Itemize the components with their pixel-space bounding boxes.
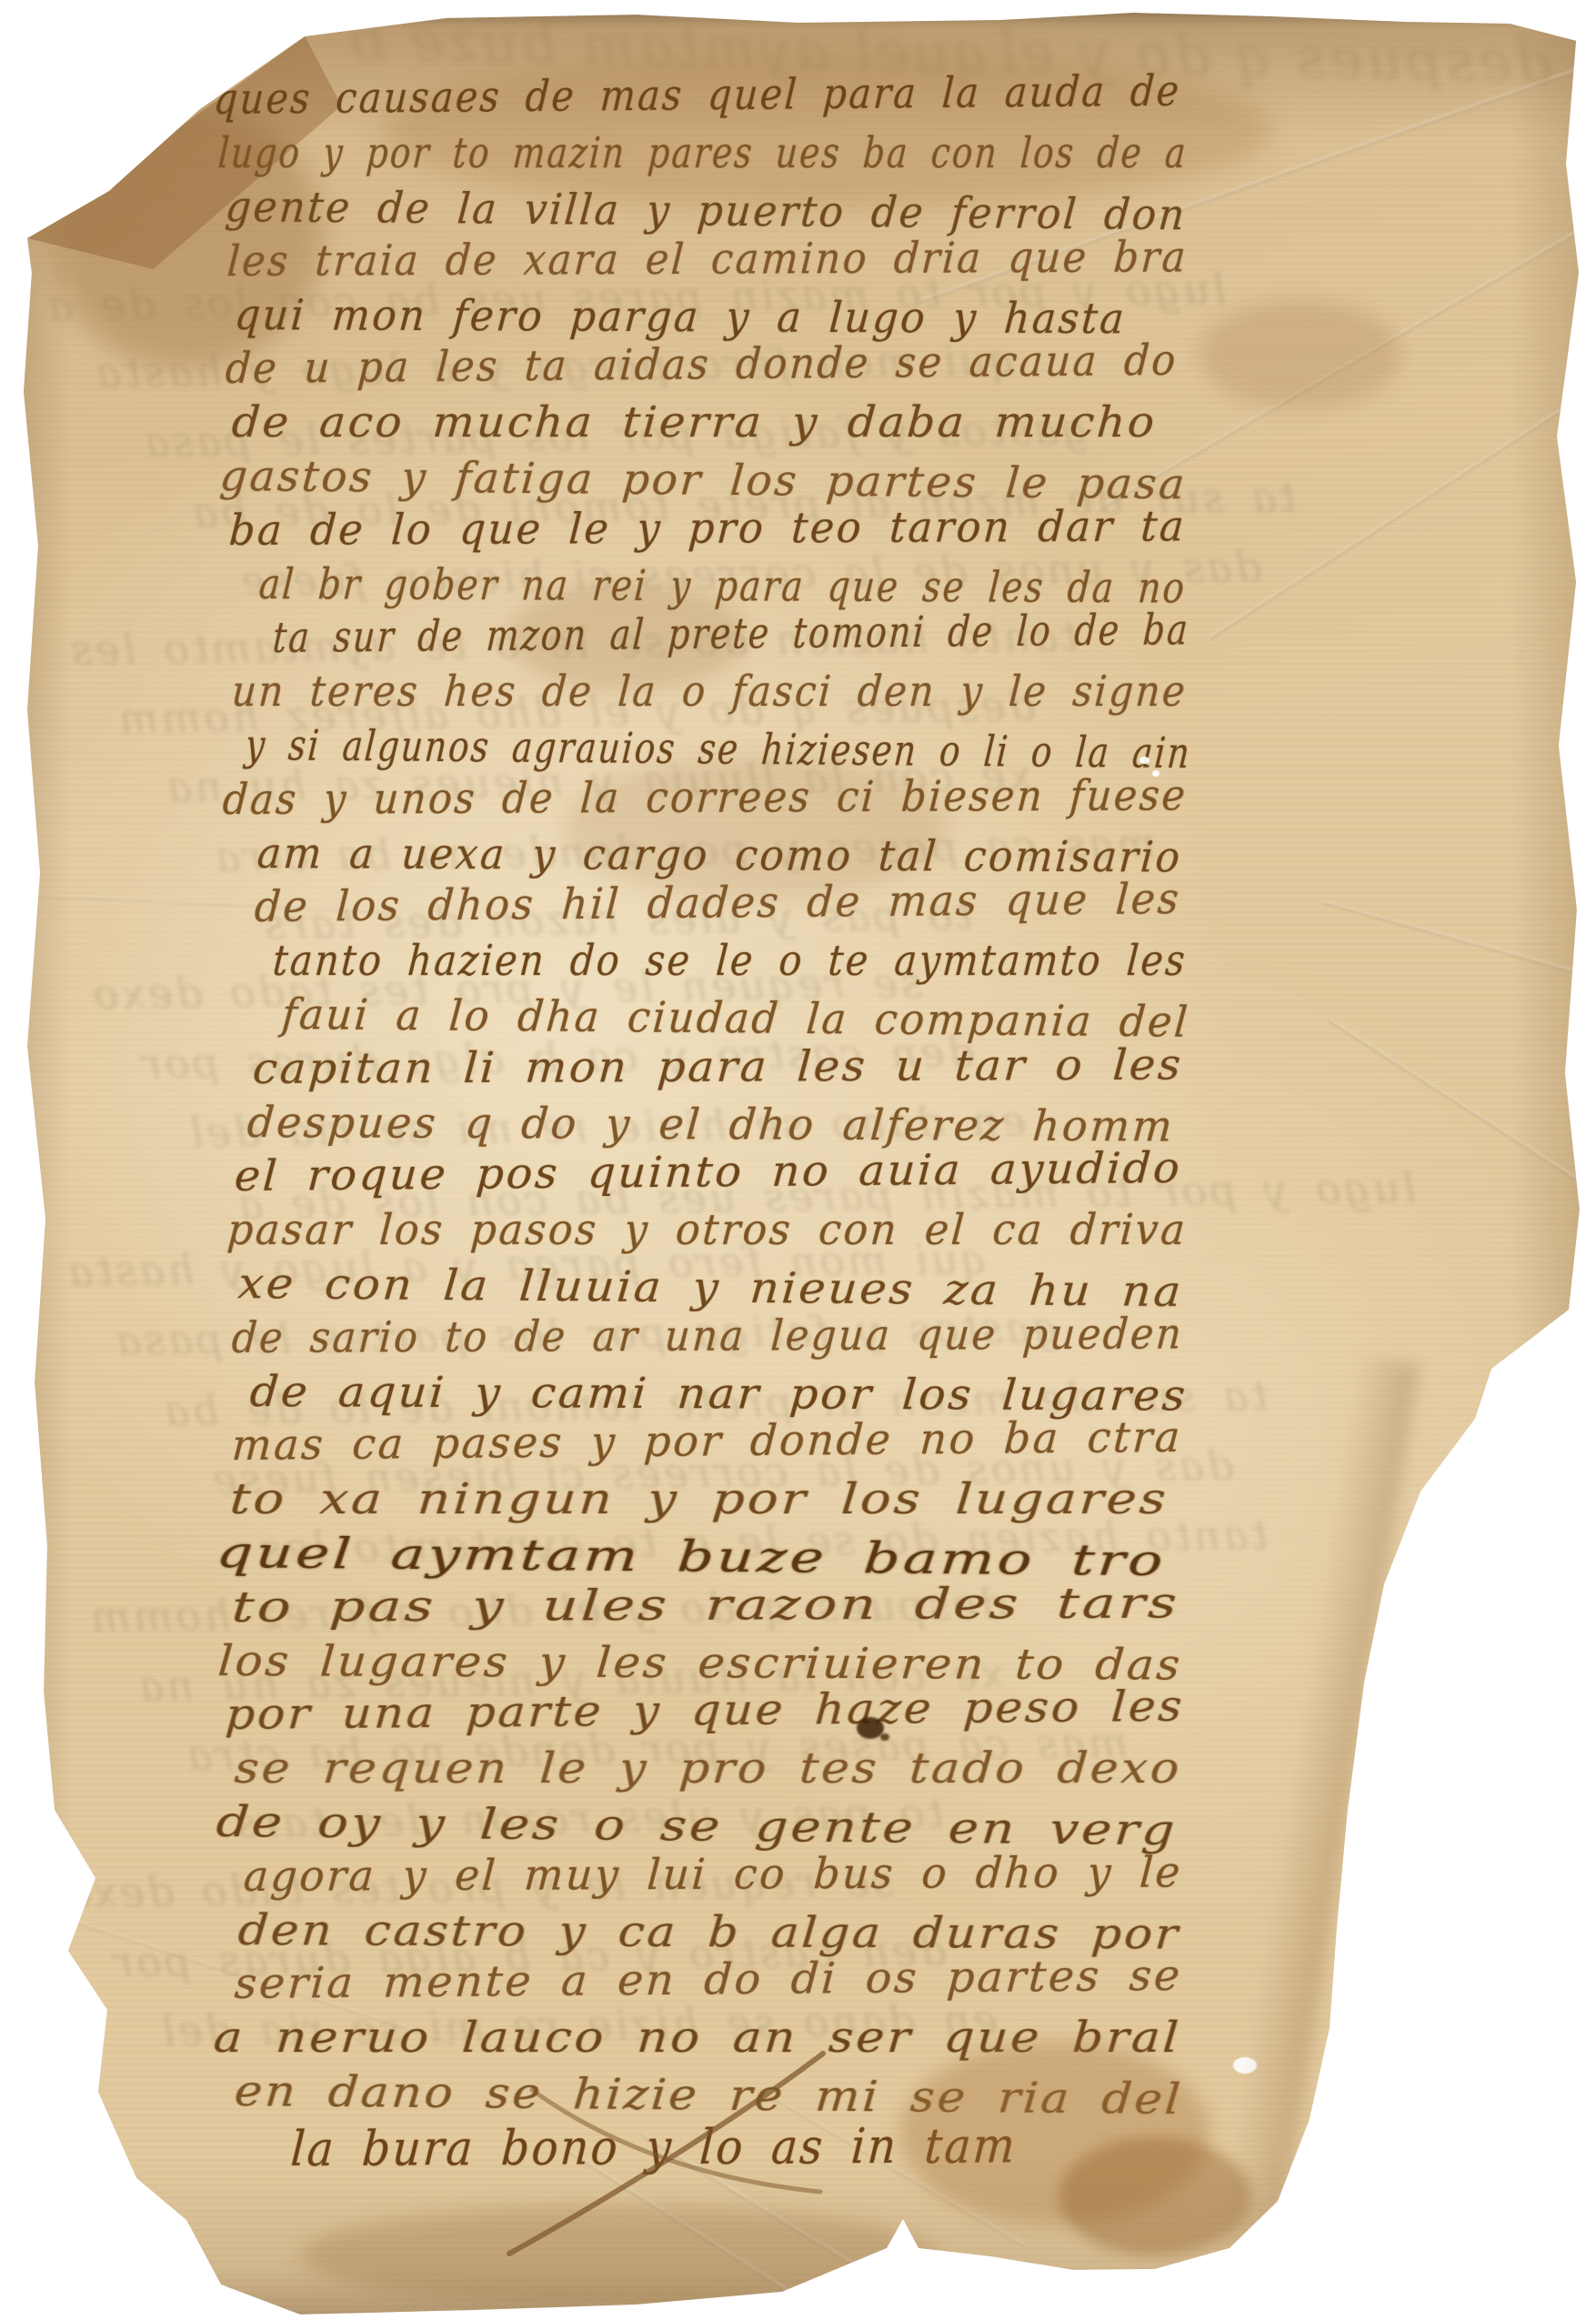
- manuscript-line: un teres hes de la o fasci den y le sign…: [230, 671, 1189, 714]
- manuscript-line: de sario to de ar una legua que pueden: [230, 1313, 1184, 1360]
- manuscript-line: das y unos de la correes ci biesen fuese: [221, 775, 1189, 821]
- manuscript-line: xe con la lluuia y nieues za hu na: [236, 1263, 1185, 1314]
- manuscript-line: pasar los pasos y otros con el ca driva: [226, 1210, 1189, 1252]
- manuscript-line: y si algunos agrauios se hiziesen o li o…: [244, 725, 1192, 776]
- manuscript-line: agora y el muy lui co bus o dho y le: [242, 1852, 1183, 1898]
- paper-fleck: [1152, 770, 1159, 777]
- manuscript-line: les traia de xara el camino dria que bra: [226, 236, 1189, 283]
- manuscript-line: despues q do y el dho alferez homm: [246, 1101, 1176, 1148]
- manuscript-page: lugo y por to mazin pares ues ba con los…: [0, 0, 1596, 2320]
- crease-line: [1329, 1019, 1585, 1185]
- manuscript-line: ques causaes de mas quel para la auda de: [213, 70, 1182, 121]
- paper-fleck: [1139, 757, 1149, 764]
- manuscript-line: de aco mucha tierra y daba mucho: [230, 402, 1158, 445]
- manuscript-line: se requen le y pro tes tado dexo: [233, 1748, 1183, 1791]
- manuscript-line: faui a lo dha ciudad la compania del: [280, 994, 1191, 1044]
- age-stain: [1200, 300, 1400, 409]
- scanned-manuscript: lugo y por to mazin pares ues ba con los…: [0, 0, 1596, 2320]
- manuscript-line: gastos y fatiga por los partes le pasa: [218, 456, 1189, 507]
- manuscript-line: los lugares y les escriuieren to das: [216, 1640, 1184, 1686]
- manuscript-line: de u pa les ta aidas donde se acaua do: [225, 340, 1179, 391]
- manuscript-line: qui mon fero parga y a lugo y hasta: [233, 294, 1128, 340]
- manuscript-line: de aqui y cami nar por los lugares: [248, 1371, 1189, 1417]
- manuscript-line: de los dhos hil dades de mas que les: [254, 879, 1182, 929]
- manuscript-line: den castro y ca b alga duras por: [236, 1909, 1181, 1955]
- manuscript-line: ba de lo que le y pro teo taron dar ta: [227, 506, 1187, 552]
- manuscript-line: to pas y ules razon des tars: [230, 1582, 1180, 1629]
- manuscript-line: por una parte y que haze peso les: [225, 1685, 1186, 1736]
- manuscript-line: al br gober na rei y para que se les da …: [257, 563, 1188, 609]
- manuscript-line: el roque pos quinto no auia ayudido: [234, 1148, 1183, 1199]
- manuscript-line: ta sur de mzon al prete tomoni de lo de …: [272, 609, 1191, 659]
- torn-edge-shadow: [1212, 1354, 1419, 2272]
- manuscript-line: quel aymtam buze bamo tro: [215, 1532, 1167, 1583]
- ink-blot: [880, 1733, 889, 1741]
- manuscript-line: am a uexa y cargo como tal comisario: [256, 832, 1183, 879]
- manuscript-line: lugo y por to mazin pares ues ba con los…: [216, 133, 1189, 176]
- manuscript-line: to xa ningun y por los lugares: [228, 1479, 1169, 1522]
- bottom-edge-shade: [300, 2205, 937, 2305]
- manuscript-line: seria mente a en do di os partes se: [234, 1955, 1184, 2006]
- manuscript-line: de oy y les o se gente en verg: [215, 1802, 1179, 1853]
- manuscript-line: tanto hazien do se le o te aymtamto les: [271, 940, 1188, 983]
- crease-line: [1322, 900, 1586, 977]
- manuscript-line: capitan li mon para les u tar o les: [251, 1044, 1184, 1090]
- manuscript-line: mas ca pases y por donde no ba ctra: [231, 1417, 1184, 1468]
- manuscript-line: gente de la villa y puerto de ferrol don: [224, 186, 1188, 237]
